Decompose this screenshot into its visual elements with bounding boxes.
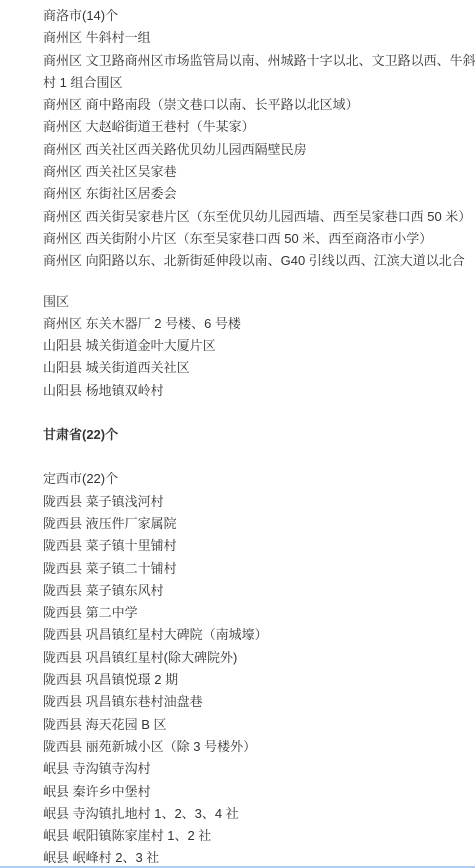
risk-area-entry-wrap: 围区 [43, 291, 463, 313]
risk-area-entry: 陇西县 菜子镇十里铺村 [43, 535, 463, 557]
risk-area-entry: 岷县 秦许乡中堡村 [43, 781, 463, 803]
risk-area-entry: 陇西县 菜子镇二十铺村 [43, 558, 463, 580]
risk-area-entry: 陇西县 液压件厂家属院 [43, 513, 463, 535]
risk-area-entry: 陇西县 巩昌镇悦璟 2 期 [43, 669, 463, 691]
risk-area-entry: 岷县 寺沟镇扎地村 1、2、3、4 社 [43, 803, 463, 825]
risk-area-entry: 陇西县 菜子镇浅河村 [43, 491, 463, 513]
spacer [43, 402, 463, 424]
spacer [43, 273, 463, 291]
risk-area-entry: 商州区 文卫路商州区市场监管局以南、州城路十字以北、文卫路以西、牛斜 [43, 50, 463, 72]
city-count-header: 商洛市(14)个 [43, 5, 463, 27]
risk-area-entry-wrap: 村 1 组合围区 [43, 72, 463, 94]
risk-area-entry: 商州区 牛斜村一组 [43, 27, 463, 49]
risk-area-entry: 商州区 西关街附小片区（东至吴家巷口西 50 米、西至商洛市小学） [43, 228, 463, 250]
risk-area-entry: 山阳县 城关街道金叶大厦片区 [43, 335, 463, 357]
risk-area-entry: 陇西县 巩昌镇红星村(除大碑院外) [43, 647, 463, 669]
spacer [43, 446, 463, 468]
risk-area-entry: 商州区 向阳路以东、北新街延伸段以南、G40 引线以西、江滨大道以北合 [43, 250, 463, 272]
risk-area-entry: 商州区 大赵峪街道王巷村（牛某家） [43, 116, 463, 138]
risk-area-entry: 山阳县 杨地镇双岭村 [43, 380, 463, 402]
risk-area-entry: 岷县 岷峰村 2、3 社 [43, 847, 463, 866]
risk-area-entry: 陇西县 第二中学 [43, 602, 463, 624]
risk-area-entry: 山阳县 城关街道西关社区 [43, 357, 463, 379]
risk-area-entry: 陇西县 巩昌镇红星村大碑院（南城壕） [43, 624, 463, 646]
risk-area-entry: 商州区 西关社区西关路优贝幼儿园西隔壁民房 [43, 139, 463, 161]
risk-area-list: 商洛市(14)个商州区 牛斜村一组商州区 文卫路商州区市场监管局以南、州城路十字… [0, 0, 475, 866]
risk-area-entry: 商州区 西关社区吴家巷 [43, 161, 463, 183]
risk-area-entry: 陇西县 菜子镇东风村 [43, 580, 463, 602]
risk-area-entry: 岷县 岷阳镇陈家崖村 1、2 社 [43, 825, 463, 847]
risk-area-entry: 商州区 东关木器厂 2 号楼、6 号楼 [43, 313, 463, 335]
risk-area-entry: 陇西县 巩昌镇东巷村油盘巷 [43, 691, 463, 713]
risk-area-entry: 陇西县 海天花园 B 区 [43, 714, 463, 736]
risk-area-entry: 商州区 商中路南段（崇文巷口以南、长平路以北区域） [43, 94, 463, 116]
risk-area-entry: 陇西县 丽苑新城小区（除 3 号楼外） [43, 736, 463, 758]
risk-area-entry: 商州区 西关街吴家巷片区（东至优贝幼儿园西墙、西至吴家巷口西 50 米） [43, 206, 463, 228]
risk-area-entry: 商州区 东街社区居委会 [43, 183, 463, 205]
city-count-header: 定西市(22)个 [43, 468, 463, 490]
province-count-header: 甘肃省(22)个 [43, 424, 463, 446]
risk-area-entry: 岷县 寺沟镇寺沟村 [43, 758, 463, 780]
